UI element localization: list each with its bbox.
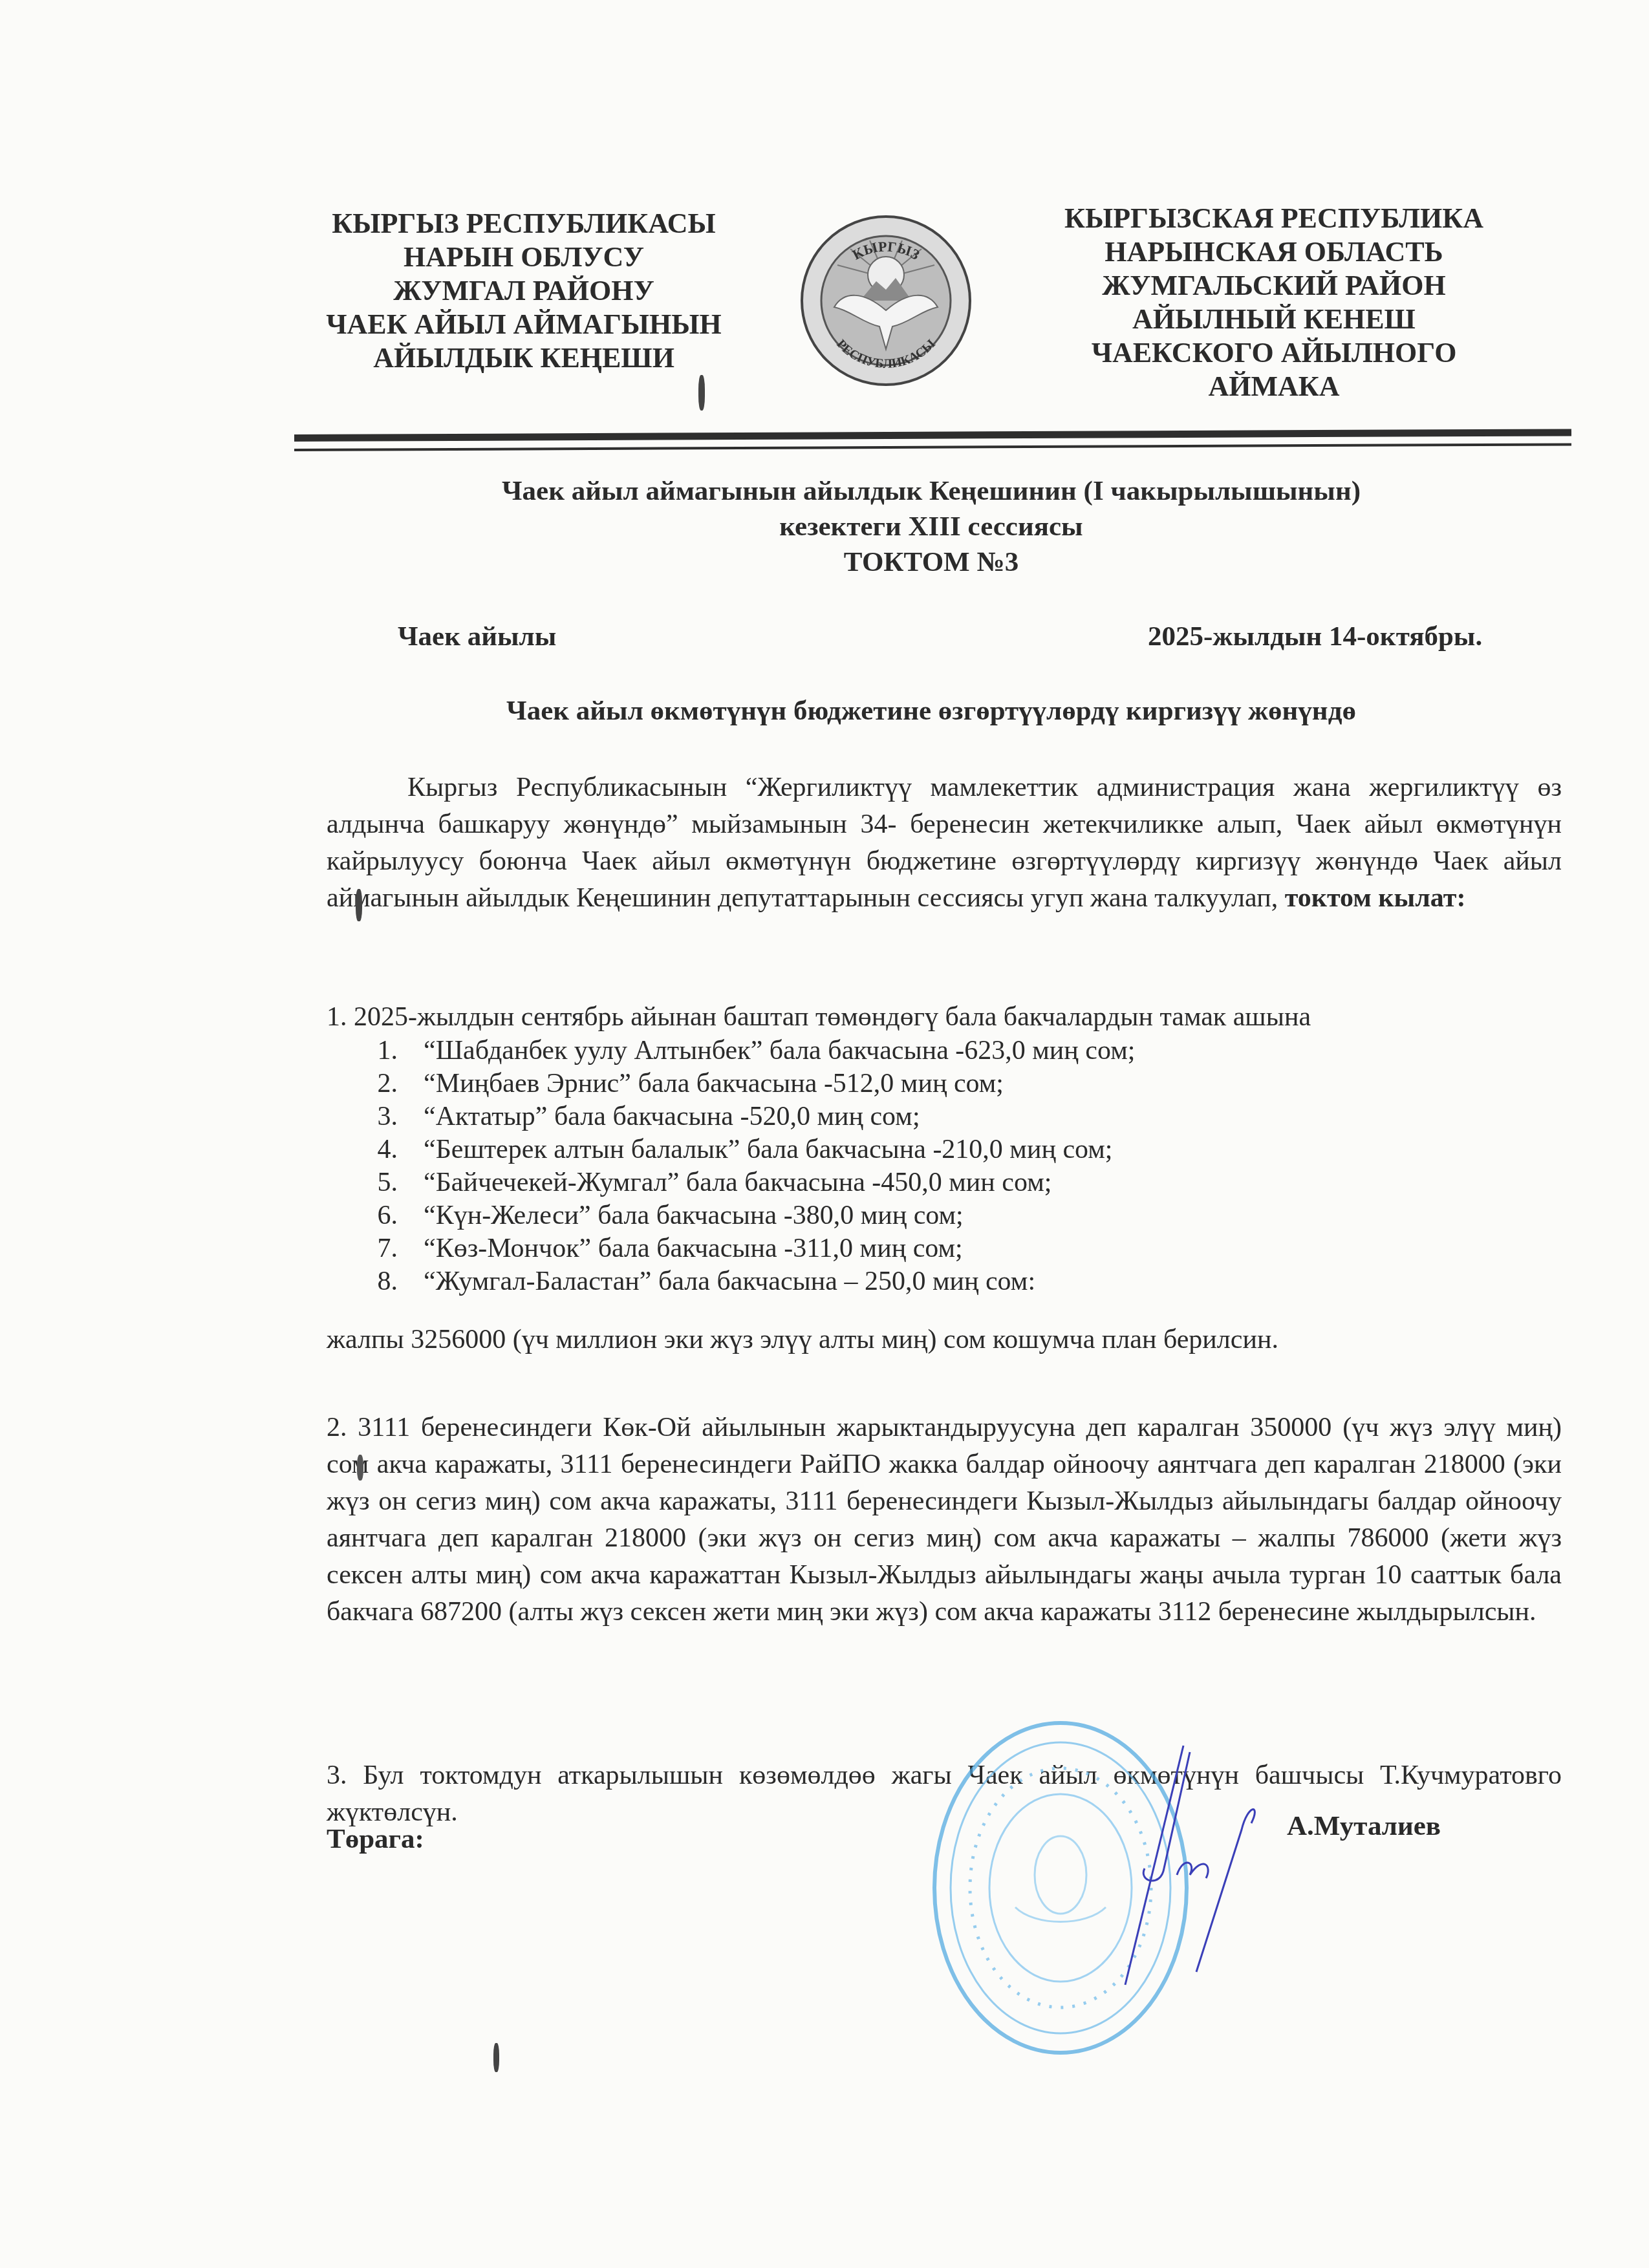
list-item: 8.“Жумгал-Баластан” бала бакчасына – 250… [359,1265,1135,1298]
chair-role: Төрага: [327,1823,424,1855]
list-item: 2.“Миңбаев Эрнис” бала бакчасына -512,0 … [359,1067,1135,1100]
header-kyrgyz: КЫРГЫЗ РЕСПУБЛИКАСЫ НАРЫН ОБЛУСУ ЖУМГАЛ … [297,207,750,375]
header-left-line: НАРЫН ОБЛУСУ [297,241,750,274]
item1-total: жалпы 3256000 (үч миллион эки жүз элүү а… [327,1324,1278,1355]
header-right-line: АЙЫЛНЫЙ КЕНЕШ [1015,303,1533,336]
scan-mark [357,1455,363,1481]
session-title: Чаек айыл аймагынын айылдык Кеңешинин (I… [291,475,1571,508]
resolution-subject: Чаек айыл өкмөтүнүн бюджетине өзгөртүүлө… [291,695,1571,727]
scan-mark [493,2043,499,2072]
header-divider-thick [294,429,1571,442]
header-right-line: НАРЫНСКАЯ ОБЛАСТЬ [1015,235,1533,269]
date: 2025-жылдын 14-октябры. [1148,621,1482,652]
list-item: 3.“Актатыр” бала бакчасына -520,0 миң со… [359,1100,1135,1133]
header-divider-thin [294,443,1571,451]
signature-icon [1099,1739,1267,2011]
list-item: 7.“Көз-Мончок” бала бакчасына -311,0 миң… [359,1232,1135,1265]
list-item: 4.“Бештерек алтын балалык” бала бакчасын… [359,1133,1135,1166]
scan-mark [698,375,705,411]
header-russian: КЫРГЫЗСКАЯ РЕСПУБЛИКА НАРЫНСКАЯ ОБЛАСТЬ … [1015,202,1533,403]
header-right-line: ЧАЕКСКОГО АЙЫЛНОГО [1015,336,1533,370]
list-item: 1.“Шабданбек уулу Алтынбек” бала бакчасы… [359,1034,1135,1067]
header-left-line: ЧАЕК АЙЫЛ АЙМАГЫНЫН [297,308,750,341]
item1-intro: 1. 2025-жылдын сентябрь айынан баштап тө… [327,1001,1311,1033]
list-item: 5.“Байчечекей-Жумгал” бала бакчасына -45… [359,1166,1135,1199]
list-item: 6.“Күн-Желеси” бала бакчасына -380,0 миң… [359,1199,1135,1232]
preamble: Кыргыз Республикасынын “Жергиликтүү мамл… [327,769,1562,917]
header-right-line: АЙМАКА [1015,370,1533,403]
header-left-line: АЙЫЛДЫК КЕҢЕШИ [297,341,750,375]
header-right-line: ЖУМГАЛЬСКИЙ РАЙОН [1015,269,1533,303]
kyrgyz-state-emblem-icon: КЫРГЫЗ РЕСПУБЛИКАСЫ [799,213,973,388]
header-left-line: КЫРГЫЗ РЕСПУБЛИКАСЫ [297,207,750,241]
header-left-line: ЖУМГАЛ РАЙОНУ [297,274,750,308]
scan-mark [356,889,362,921]
item2: 2. 3111 беренесиндеги Көк-Ой айылынын жа… [327,1409,1562,1631]
kindergarten-list: 1.“Шабданбек уулу Алтынбек” бала бакчасы… [359,1034,1135,1298]
header-right-line: КЫРГЫЗСКАЯ РЕСПУБЛИКА [1015,202,1533,235]
resolution-number: ТОКТОМ №3 [291,546,1571,579]
place: Чаек айылы [398,621,556,652]
chair-name: А.Муталиев [1287,1810,1441,1842]
preamble-bold-tail: токтом кылат: [1278,883,1465,913]
session-subtitle: кезектеги XIII сессиясы [291,511,1571,543]
